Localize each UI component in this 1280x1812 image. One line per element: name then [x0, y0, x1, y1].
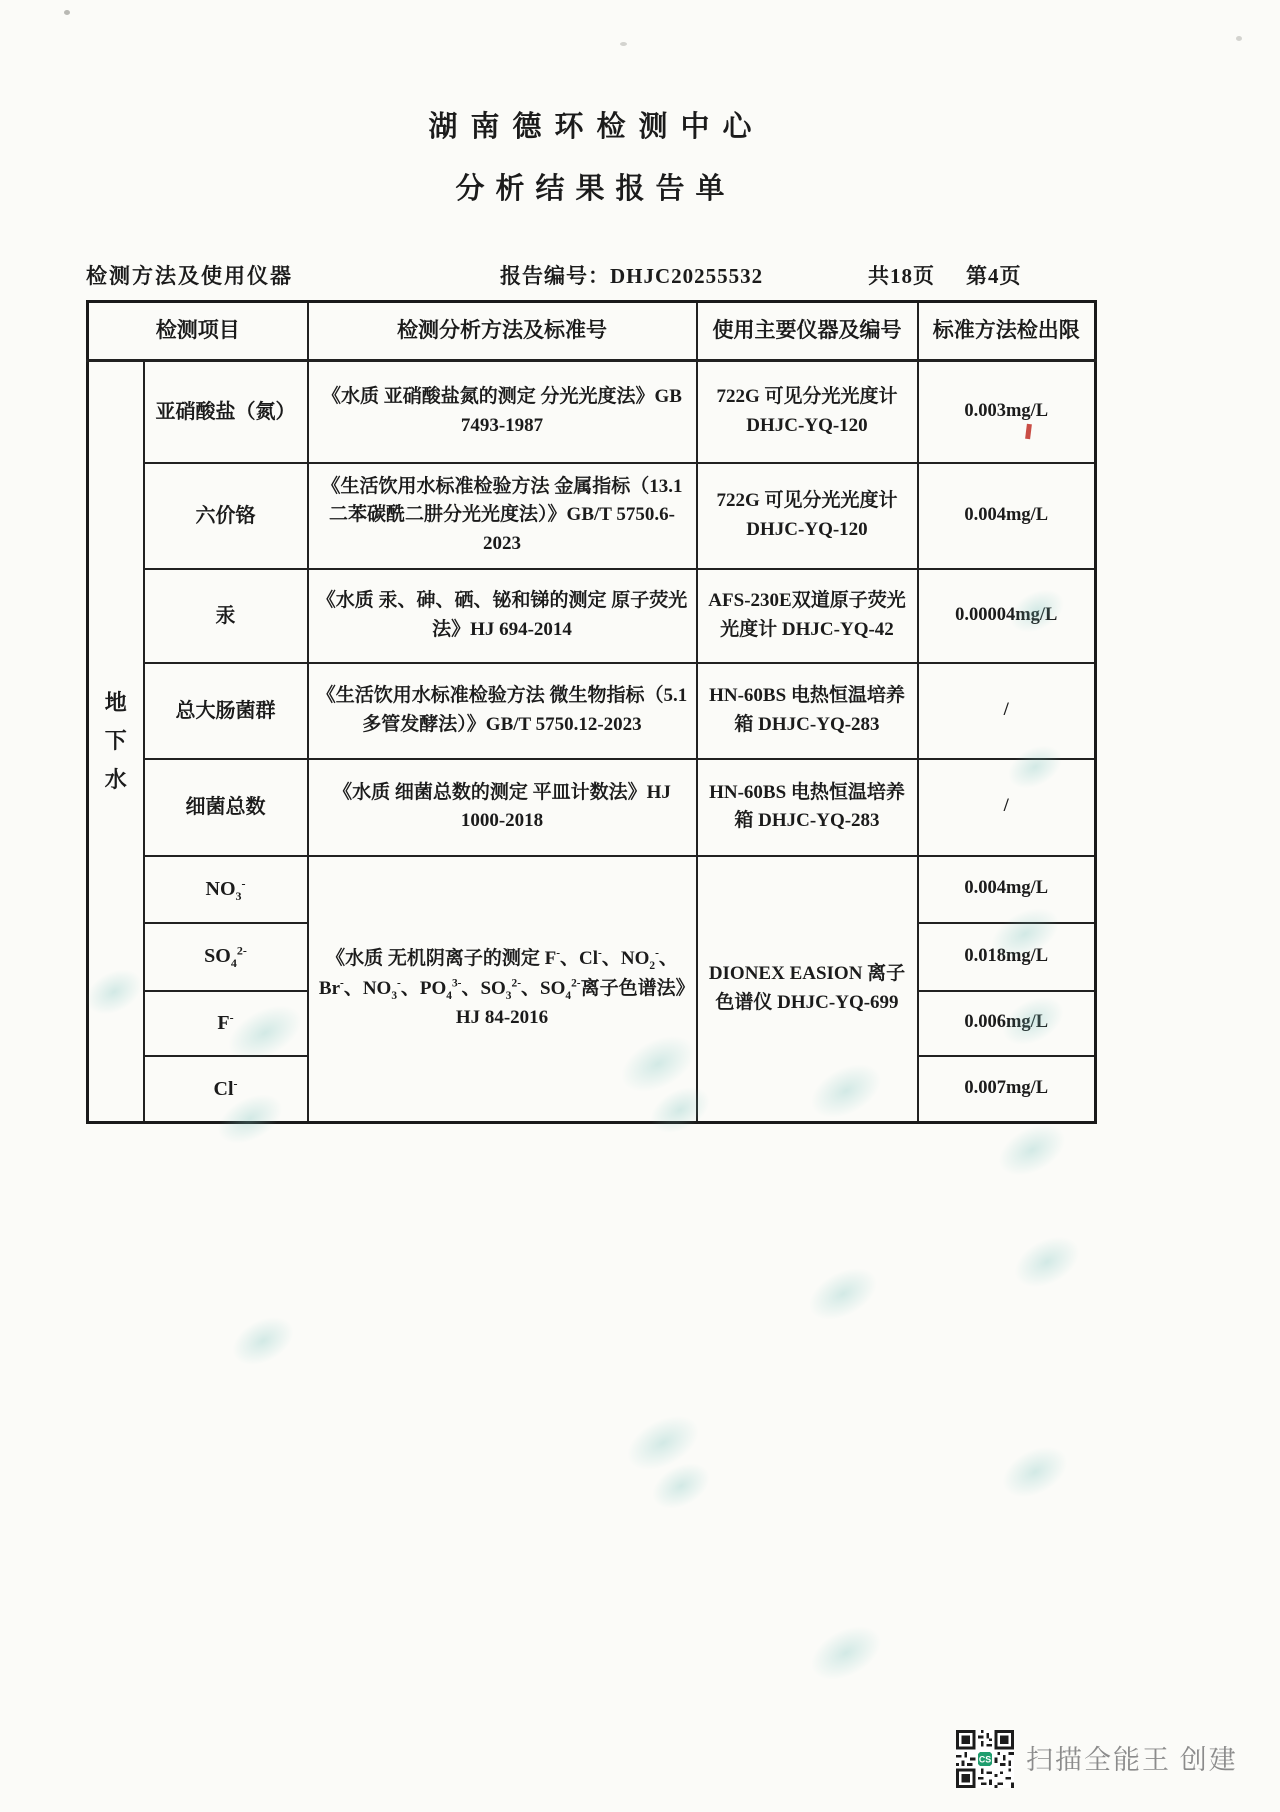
- item-name: 六价铬: [144, 463, 308, 569]
- detection-limit: /: [918, 759, 1096, 856]
- svg-text:CS: CS: [979, 1754, 991, 1764]
- method-text: 《水质 无机阴离子的测定 F-、Cl-、NO2-、Br-、NO3-、PO43-、…: [308, 856, 697, 1123]
- watermark-artifact: [644, 1454, 718, 1518]
- report-number: 报告编号：DHJC20255532: [500, 260, 763, 290]
- watermark-artifact: [990, 1114, 1074, 1187]
- detection-limit: 0.003mg/L: [918, 361, 1096, 463]
- scanner-credit-label: 扫描全能王 创建: [1026, 1738, 1238, 1777]
- report-number-value: DHJC20255532: [610, 264, 763, 288]
- instrument-text: HN-60BS 电热恒温培养箱 DHJC-YQ-283: [697, 759, 918, 856]
- sample-group-label: 地下水: [104, 684, 128, 800]
- method-text: 《水质 汞、砷、硒、铋和锑的测定 原子荧光法》HJ 694-2014: [308, 569, 697, 663]
- detection-limit: 0.004mg/L: [918, 463, 1096, 569]
- method-text: 《水质 细菌总数的测定 平皿计数法》HJ 1000-2018: [308, 759, 697, 856]
- scan-speck: [1236, 36, 1242, 41]
- watermark-artifact: [618, 1404, 708, 1481]
- item-name: 细菌总数: [144, 759, 308, 856]
- table-row: 六价铬 《生活饮用水标准检验方法 金属指标（13.1二苯碳酰二肼分光光度法）》G…: [88, 463, 1096, 569]
- page-current: 第4页: [966, 260, 1022, 290]
- item-name: 亚硝酸盐（氮）: [144, 361, 308, 463]
- scanned-report-page: 湖南德环检测中心 分析结果报告单 检测方法及使用仪器 报告编号：DHJC2025…: [0, 0, 1280, 1812]
- table-row: 细菌总数 《水质 细菌总数的测定 平皿计数法》HJ 1000-2018 HN-6…: [88, 759, 1096, 856]
- watermark-artifact: [224, 1307, 302, 1375]
- detection-limit: 0.00004mg/L: [918, 569, 1096, 663]
- detection-limit: 0.004mg/L: [918, 856, 1096, 923]
- qr-code-icon: CS: [956, 1730, 1014, 1788]
- table-header-row: 检测项目 检测分析方法及标准号 使用主要仪器及编号 标准方法检出限: [88, 302, 1096, 361]
- header-detection-limit: 标准方法检出限: [918, 302, 1096, 361]
- report-meta-row: 检测方法及使用仪器 报告编号：DHJC20255532 共18页 第4页: [86, 256, 1094, 294]
- item-name: SO42-: [144, 923, 308, 991]
- item-name: Cl-: [144, 1056, 308, 1123]
- detection-limit: /: [918, 663, 1096, 759]
- table-row: 总大肠菌群 《生活饮用水标准检验方法 微生物指标（5.1多管发酵法）》GB/T …: [88, 663, 1096, 759]
- item-name: 汞: [144, 569, 308, 663]
- sample-group-cell: 地下水: [88, 361, 144, 1123]
- scan-speck: [64, 10, 70, 15]
- header-test-item: 检测项目: [88, 302, 308, 361]
- table-row: NO3- 《水质 无机阴离子的测定 F-、Cl-、NO2-、Br-、NO3-、P…: [88, 856, 1096, 923]
- detection-limit: 0.007mg/L: [918, 1056, 1096, 1123]
- section-label: 检测方法及使用仪器: [86, 260, 293, 290]
- table-row: 汞 《水质 汞、砷、硒、铋和锑的测定 原子荧光法》HJ 694-2014 AFS…: [88, 569, 1096, 663]
- scan-speck: [620, 42, 627, 46]
- instrument-text: HN-60BS 电热恒温培养箱 DHJC-YQ-283: [697, 663, 918, 759]
- page-subtitle: 分析结果报告单: [86, 166, 1094, 207]
- item-name: NO3-: [144, 856, 308, 923]
- method-text: 《生活饮用水标准检验方法 金属指标（13.1二苯碳酰二肼分光光度法）》GB/T …: [308, 463, 697, 569]
- table-row: 地下水 亚硝酸盐（氮） 《水质 亚硝酸盐氮的测定 分光光度法》GB 7493-1…: [88, 361, 1096, 463]
- method-text: 《生活饮用水标准检验方法 微生物指标（5.1多管发酵法）》GB/T 5750.1…: [308, 663, 697, 759]
- instrument-text: DIONEX EASION 离子色谱仪 DHJC-YQ-699: [697, 856, 918, 1123]
- watermark-artifact: [802, 1615, 891, 1691]
- pages-total: 共18页: [868, 260, 935, 290]
- header-instrument: 使用主要仪器及编号: [697, 302, 918, 361]
- results-table: 检测项目 检测分析方法及标准号 使用主要仪器及编号 标准方法检出限 地下水 亚硝…: [86, 300, 1097, 1124]
- instrument-text: 722G 可见分光光度计 DHJC-YQ-120: [697, 463, 918, 569]
- detection-limit: 0.006mg/L: [918, 991, 1096, 1056]
- header-method: 检测分析方法及标准号: [308, 302, 697, 361]
- item-name: F-: [144, 991, 308, 1056]
- page-title: 湖南德环检测中心: [86, 104, 1094, 145]
- detection-limit: 0.018mg/L: [918, 923, 1096, 991]
- instrument-text: AFS-230E双道原子荧光光度计 DHJC-YQ-42: [697, 569, 918, 663]
- instrument-text: 722G 可见分光光度计 DHJC-YQ-120: [697, 361, 918, 463]
- watermark-artifact: [1006, 1226, 1088, 1298]
- item-name: 总大肠菌群: [144, 663, 308, 759]
- report-number-label: 报告编号：: [500, 264, 610, 288]
- method-text: 《水质 亚硝酸盐氮的测定 分光光度法》GB 7493-1987: [308, 361, 697, 463]
- watermark-artifact: [800, 1257, 886, 1331]
- watermark-artifact: [994, 1436, 1076, 1508]
